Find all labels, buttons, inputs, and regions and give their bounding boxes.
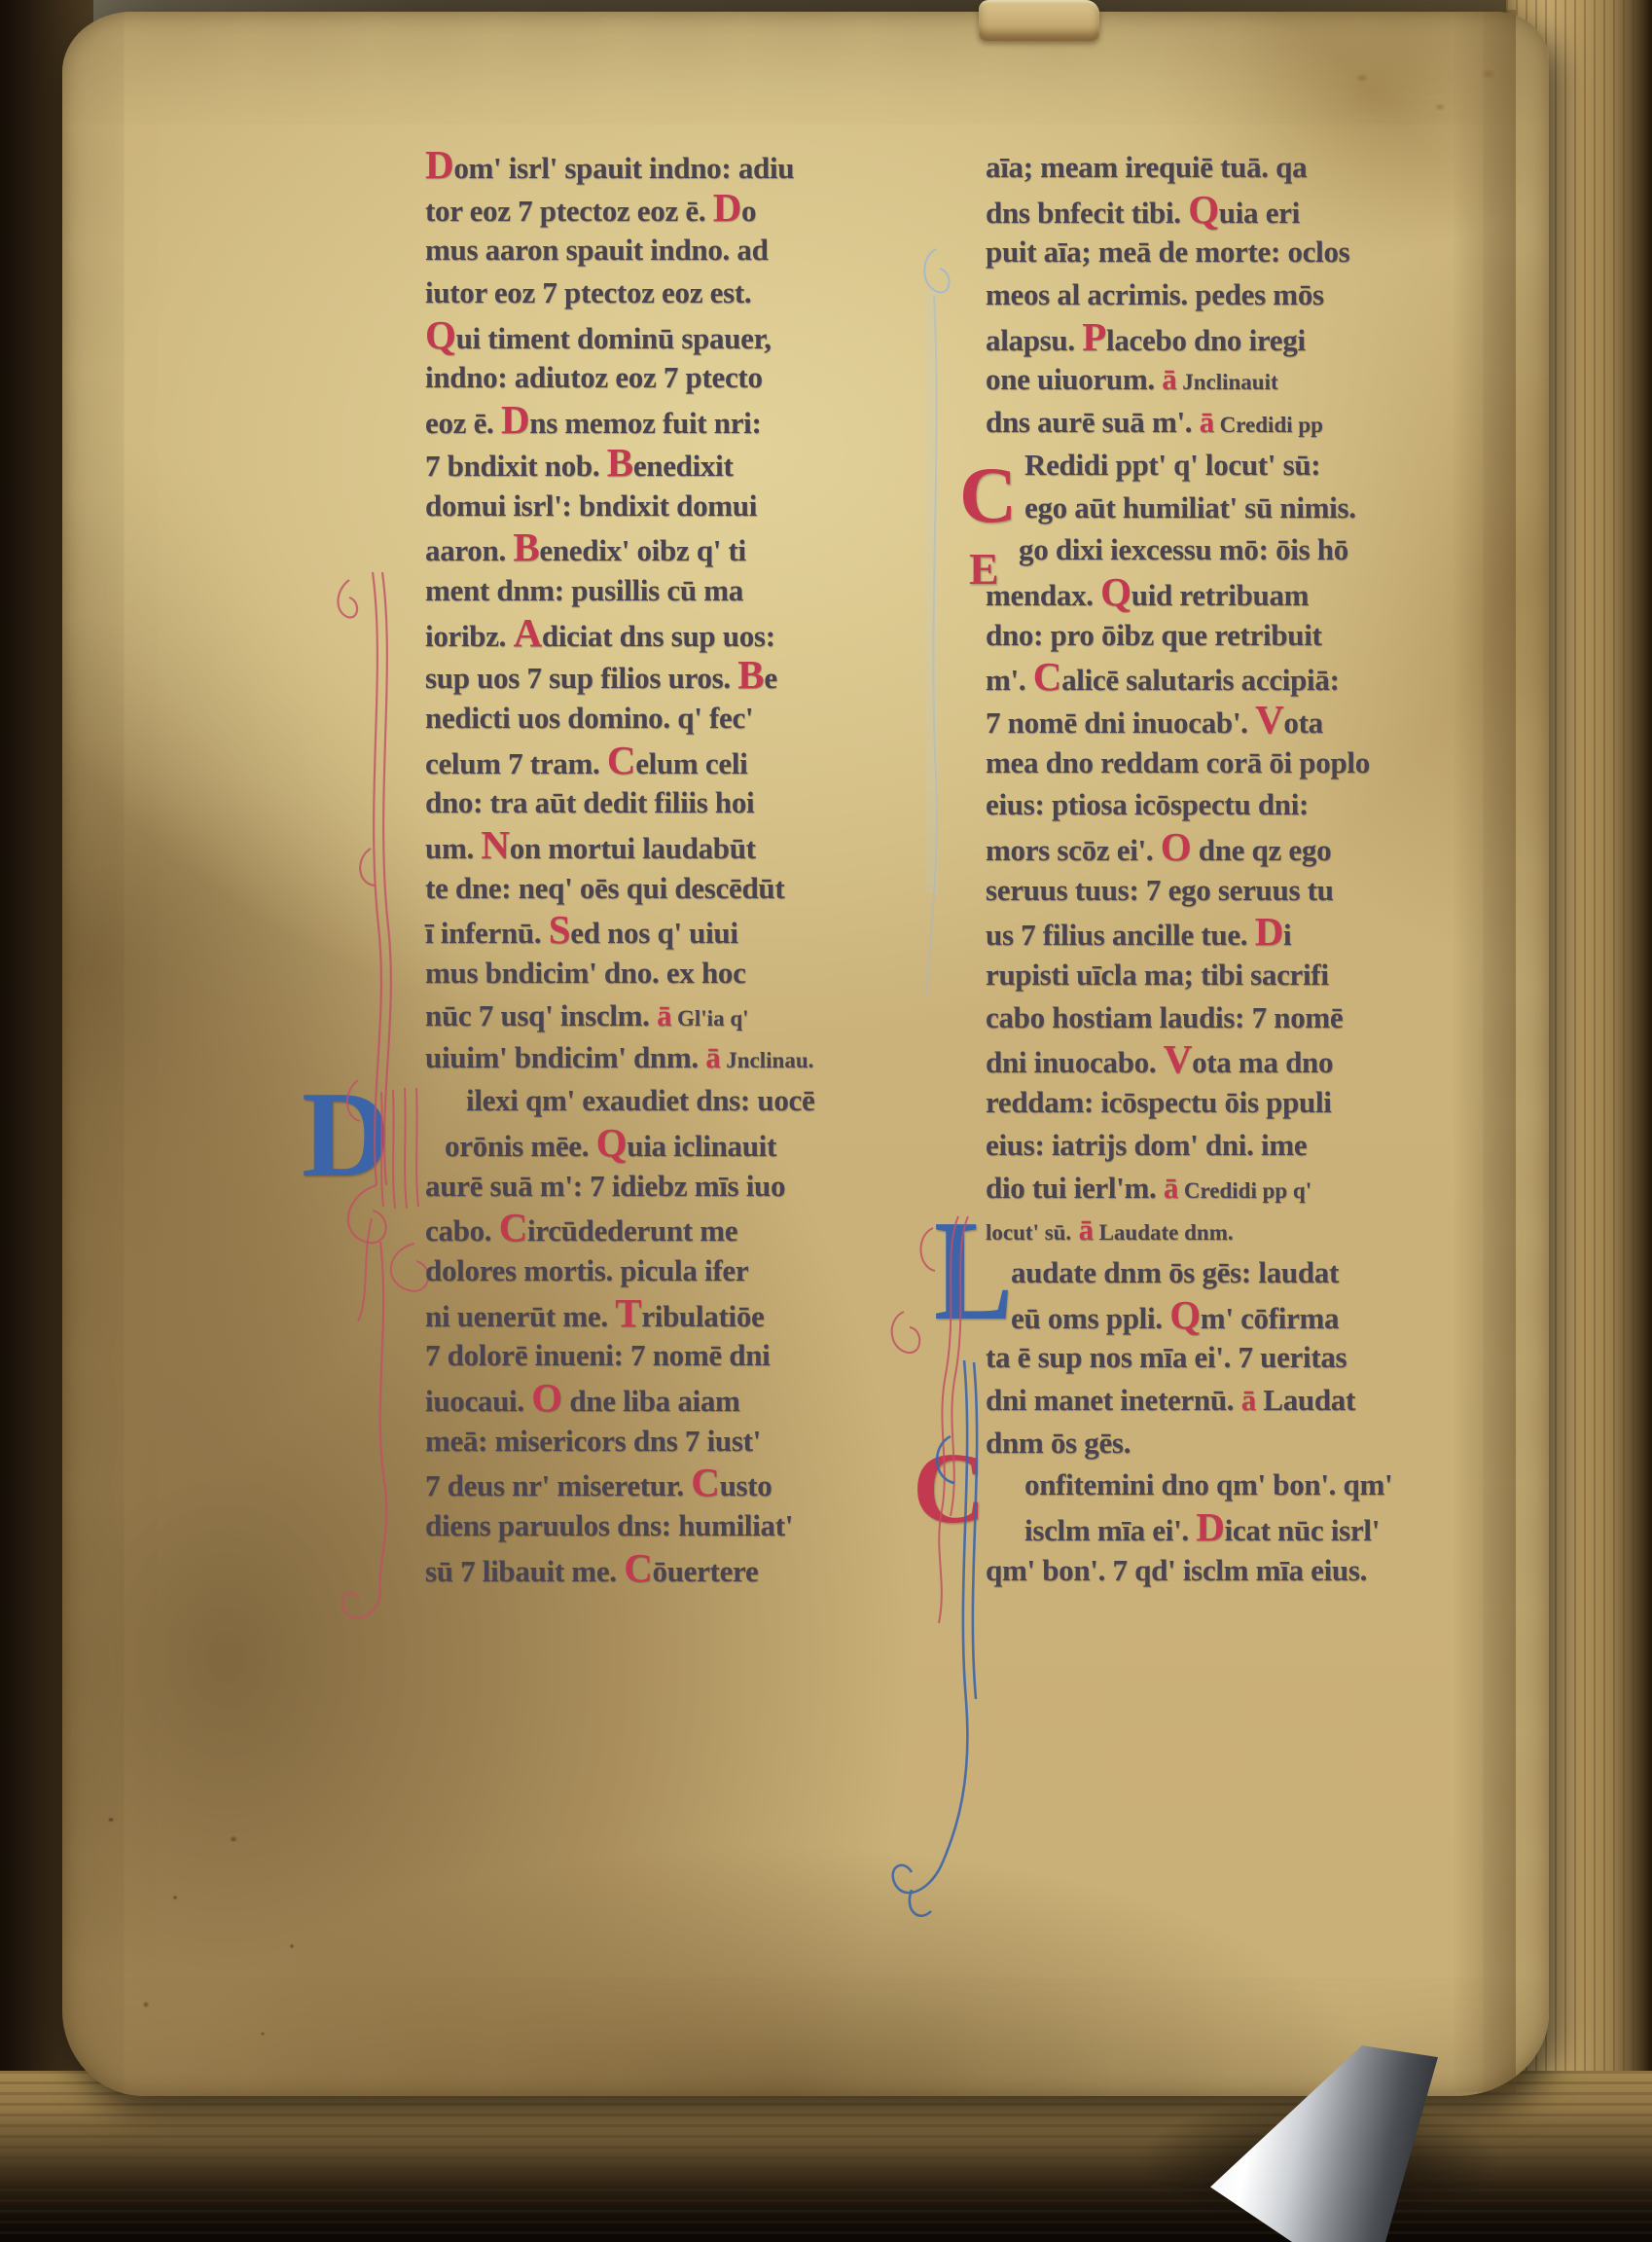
text-run: B <box>513 524 539 569</box>
text-line: uiuim' bndicim' dnm. ā Jnclinau. <box>425 1036 814 1079</box>
text-line: locut' sū. ā Laudate dnm. <box>986 1209 1392 1251</box>
text-run: ā <box>1164 1171 1178 1205</box>
text-run: 7 deus nr' miseretur. <box>425 1468 691 1502</box>
text-line: 7 deus nr' miseretur. Custo <box>425 1462 814 1504</box>
text-run: indno: adiutoz eoz 7 ptecto <box>425 360 763 394</box>
text-line: Dom' isrl' spauit indno: adiu <box>425 144 814 187</box>
text-run: um. <box>425 831 481 865</box>
text-run: ā <box>1071 1212 1094 1247</box>
text-line: iuocaui. O dne liba aiam <box>425 1377 814 1420</box>
text-run: mendax. <box>986 578 1100 612</box>
text-line: puit aīa; meā de morte: oclos <box>986 231 1392 273</box>
text-run: D <box>1196 1504 1224 1549</box>
text-run: aaron. <box>425 533 513 567</box>
parchment-stains <box>88 1781 399 2092</box>
text-line: domui isrl': bndixit domui <box>425 485 814 527</box>
text-run: Redidi ppt' q' locut' sū: <box>1024 448 1320 482</box>
text-run: go dixi iexcessu mō: ōis hō <box>1019 532 1348 566</box>
text-line: one uiuorum. ā Jnclinauit <box>986 358 1392 401</box>
text-line: aīa; meam irequiē tuā. qa <box>986 146 1392 189</box>
text-run: O <box>531 1375 562 1420</box>
text-run: ta ē sup nos mīa ei'. 7 ueritas <box>986 1340 1347 1374</box>
text-run: D <box>501 397 529 442</box>
text-run: orōnis mēe. <box>445 1129 596 1163</box>
text-line: ī infernū. Sed nos q' uiui <box>425 909 814 952</box>
text-run: S <box>549 907 571 952</box>
text-run: Gl'ia q' <box>671 1006 748 1031</box>
text-line: te dne: neq' oēs qui descēdūt <box>425 867 814 910</box>
text-run: icat nūc isrl' <box>1225 1513 1380 1547</box>
text-line: indno: adiutoz eoz 7 ptecto <box>425 356 814 399</box>
text-run: V <box>1255 697 1283 741</box>
text-run: aurē suā m': 7 idiebz mīs iuo <box>425 1169 785 1203</box>
text-run: dnm ōs gēs. <box>986 1426 1131 1460</box>
text-line: ment dnm: pusillis cū ma <box>425 569 814 612</box>
text-line: rupisti uīcla ma; tibi sacrifi <box>986 954 1392 996</box>
text-run: cabo. <box>425 1213 499 1248</box>
text-line: cabo. Circūdederunt me <box>425 1207 814 1249</box>
text-run: Credidi pp <box>1214 413 1323 437</box>
text-line: eius: iatrijs dom' dni. ime <box>986 1124 1392 1167</box>
text-run: m'. <box>986 663 1033 697</box>
text-run: Q <box>425 312 456 357</box>
page-gutter-shading <box>1452 10 1516 2092</box>
text-run: e <box>764 661 776 695</box>
text-run: puit aīa; meā de morte: oclos <box>986 235 1349 269</box>
text-run: 7 nomē dni inuocab'. <box>986 705 1255 740</box>
text-run: ed nos q' uiui <box>570 916 737 950</box>
text-line: tor eoz 7 ptectoz eoz ē. Do <box>425 187 814 230</box>
text-run: te dne: neq' oēs qui descēdūt <box>425 871 784 905</box>
text-run: cabo hostiam laudis: 7 nomē <box>986 1000 1343 1034</box>
text-run: ircūdederunt me <box>527 1213 737 1248</box>
text-line: dio tui ierl'm. ā Credidi pp q' <box>986 1167 1392 1210</box>
text-run: C <box>1033 654 1061 699</box>
text-run: onfitemini dno qm' bon'. qm' <box>1024 1467 1392 1501</box>
text-line: dno: tra aūt dedit filiis hoi <box>425 781 814 824</box>
text-run: eius: ptiosa icōspectu dni: <box>986 787 1309 821</box>
text-line: aaron. Benedix' oibz q' ti <box>425 526 814 569</box>
text-run: ego aūt humiliat' sū nimis. <box>1024 490 1356 524</box>
text-run: C <box>607 738 635 782</box>
text-run: aīa; meam irequiē tuā. qa <box>986 150 1307 184</box>
text-run: T <box>615 1290 641 1335</box>
text-line: mors scōz ei'. O dne qz ego <box>986 826 1392 869</box>
text-run: Laudat <box>1256 1383 1355 1417</box>
text-run: D <box>713 185 741 230</box>
text-run: nūc 7 usq' insclm. <box>425 998 657 1032</box>
text-run: iutor eoz 7 ptectoz eoz est. <box>425 275 751 309</box>
text-line: cabo hostiam laudis: 7 nomē <box>986 996 1392 1039</box>
text-run: uid retribuam <box>1131 578 1309 612</box>
text-line: mus aaron spauit indno. ad <box>425 229 814 271</box>
text-run: domui isrl': bndixit domui <box>425 488 757 523</box>
text-line: ilexi qm' exaudiet dns: uocē <box>425 1079 814 1122</box>
text-run: usto <box>720 1468 772 1502</box>
text-run: diciat dns sup uos: <box>542 619 775 653</box>
text-run: ota <box>1283 705 1322 740</box>
text-run: D <box>1255 909 1283 954</box>
parchment-stains <box>1323 49 1518 156</box>
text-run: elum celi <box>635 746 747 780</box>
text-run: C <box>691 1460 719 1504</box>
text-run: dns bnfecit tibi. <box>986 196 1188 230</box>
text-run: sū 7 libauit me. <box>425 1554 624 1588</box>
text-line: qm' bon'. 7 qd' isclm mīa eius. <box>986 1549 1392 1592</box>
text-line: seruus tuus: 7 ego seruus tu <box>986 869 1392 912</box>
text-line: meā: misericors dns 7 iust' <box>425 1420 814 1463</box>
text-run: ui timent dominū spauer, <box>456 321 772 355</box>
text-line: nedicti uos domino. q' fec' <box>425 697 814 740</box>
text-line: audate dnm ōs gēs: laudat <box>986 1251 1392 1294</box>
text-line: 7 bndixit nob. Benedixit <box>425 442 814 485</box>
text-line: nūc 7 usq' insclm. ā Gl'ia q' <box>425 994 814 1037</box>
text-run: iuocaui. <box>425 1384 531 1418</box>
text-run: ā <box>657 998 671 1032</box>
text-run: 7 dolorē inueni: 7 nomē dni <box>425 1338 770 1372</box>
text-line: eoz ē. Dns memoz fuit nri: <box>425 399 814 442</box>
text-line: m'. Calicē salutaris accipiā: <box>986 656 1392 699</box>
text-line: ego aūt humiliat' sū nimis. <box>986 487 1392 529</box>
text-run: reddam: icōspectu ōis ppuli <box>986 1085 1332 1119</box>
text-run: dno: tra aūt dedit filiis hoi <box>425 785 754 819</box>
text-line: aurē suā m': 7 idiebz mīs iuo <box>425 1165 814 1208</box>
text-line: orōnis mēe. Quia iclinauit <box>425 1122 814 1165</box>
text-run: alicē salutaris accipiā: <box>1061 663 1340 697</box>
text-run: ni uenerūt me. <box>425 1299 615 1333</box>
text-run: N <box>481 822 509 867</box>
text-run: enedixit <box>633 449 734 483</box>
text-line: eū oms ppli. Qm' cōfirma <box>986 1294 1392 1337</box>
text-line: us 7 filius ancille tue. Di <box>986 911 1392 954</box>
text-run: ā <box>1241 1383 1256 1417</box>
text-line: isclm mīa ei'. Dicat nūc isrl' <box>986 1506 1392 1549</box>
text-run: ribulatiōe <box>641 1299 764 1333</box>
text-line: Qui timent dominū spauer, <box>425 314 814 357</box>
left-text-column: Dom' isrl' spauit indno: adiutor eoz 7 p… <box>425 144 814 1589</box>
text-line: celum 7 tram. Celum celi <box>425 740 814 782</box>
text-run: ōuertere <box>653 1554 759 1588</box>
text-run: dni inuocabo. <box>986 1045 1164 1079</box>
text-run: enedix' oibz q' ti <box>539 533 745 567</box>
text-run: meos al acrimis. pedes mōs <box>986 277 1324 311</box>
text-line: diens paruulos dns: humiliat' <box>425 1504 814 1547</box>
text-line: onfitemini dno qm' bon'. qm' <box>986 1464 1392 1506</box>
text-run: 7 bndixit nob. <box>425 449 607 483</box>
text-run: A <box>514 610 542 655</box>
text-run: C <box>624 1545 652 1590</box>
text-run: Q <box>1100 569 1131 614</box>
text-run: eoz ē. <box>425 406 501 440</box>
text-run: dio tui ierl'm. <box>986 1171 1164 1205</box>
text-line: eius: ptiosa icōspectu dni: <box>986 783 1392 826</box>
text-run: on mortui laudabūt <box>510 831 756 865</box>
text-line: dni manet ineternū. ā Laudat <box>986 1379 1392 1422</box>
text-line: go dixi iexcessu mō: ōis hō <box>986 528 1392 571</box>
text-run: o <box>741 194 756 228</box>
text-run: uiuim' bndicim' dnm. <box>425 1040 705 1074</box>
right-text-column: aīa; meam irequiē tuā. qadns bnfecit tib… <box>986 146 1392 1591</box>
text-run: ilexi qm' exaudiet dns: uocē <box>466 1083 814 1117</box>
text-run: diens paruulos dns: humiliat' <box>425 1508 793 1542</box>
text-line: dnm ōs gēs. <box>986 1422 1392 1465</box>
text-run: alapsu. <box>986 323 1082 357</box>
text-run: rupisti uīcla ma; tibi sacrifi <box>986 958 1329 992</box>
text-line: ta ē sup nos mīa ei'. 7 ueritas <box>986 1336 1392 1379</box>
text-line: dns aurē suā m'. ā Credidi pp <box>986 401 1392 444</box>
text-run: qm' bon'. 7 qd' isclm mīa eius. <box>986 1553 1367 1587</box>
text-run: locut' sū. <box>986 1220 1071 1245</box>
text-run: celum 7 tram. <box>425 746 607 780</box>
text-line: dolores mortis. picula ifer <box>425 1249 814 1292</box>
text-run: ment dnm: pusillis cū ma <box>425 573 743 607</box>
text-line: um. Non mortui laudabūt <box>425 824 814 867</box>
text-run: one uiuorum. <box>986 362 1162 396</box>
text-run: m' cōfirma <box>1201 1301 1339 1335</box>
text-run: mus bndicim' dno. ex hoc <box>425 956 746 990</box>
text-run: D <box>425 142 453 187</box>
text-line: dni inuocabo. Vota ma dno <box>986 1038 1392 1081</box>
text-run: isclm mīa ei'. <box>1024 1513 1196 1547</box>
text-run: mus aaron spauit indno. ad <box>425 233 769 267</box>
text-run: dni manet ineternū. <box>986 1383 1241 1417</box>
text-run: Jnclinau. <box>721 1048 814 1072</box>
text-run: ns memoz fuit nri: <box>529 406 761 440</box>
text-run: Q <box>1169 1292 1201 1337</box>
text-run: mea dno reddam corā ōi poplo <box>986 745 1370 779</box>
text-run: i <box>1283 918 1291 952</box>
text-run: ota ma dno <box>1192 1045 1333 1079</box>
text-line: ioribz. Adiciat dns sup uos: <box>425 612 814 655</box>
text-line: alapsu. Placebo dno iregi <box>986 316 1392 359</box>
text-run: V <box>1164 1036 1192 1081</box>
blue-penwork-gutter-top <box>903 232 965 1010</box>
text-run: audate dnm ōs gēs: laudat <box>1011 1255 1339 1289</box>
text-run: uia eri <box>1219 196 1300 230</box>
text-run: ā <box>1162 362 1176 396</box>
text-line: 7 nomē dni inuocab'. Vota <box>986 699 1392 741</box>
text-line: mus bndicim' dno. ex hoc <box>425 952 814 994</box>
text-run: dolores mortis. picula ifer <box>425 1253 748 1287</box>
text-run: dne liba aiam <box>562 1384 740 1418</box>
text-run: Jnclinauit <box>1176 370 1277 394</box>
text-run: eius: iatrijs dom' dni. ime <box>986 1128 1307 1162</box>
text-line: Redidi ppt' q' locut' sū: <box>986 444 1392 487</box>
text-run: O <box>1161 824 1192 869</box>
text-run: dns aurē suā m'. <box>986 405 1200 439</box>
text-line: 7 dolorē inueni: 7 nomē dni <box>425 1334 814 1377</box>
text-run: lacebo dno iregi <box>1106 323 1306 357</box>
text-run: uia iclinauit <box>627 1129 776 1163</box>
text-run: eū oms ppli. <box>1011 1301 1169 1335</box>
text-run: mors scōz ei'. <box>986 833 1161 867</box>
text-run: sup uos 7 sup filios uros. <box>425 661 737 695</box>
text-line: ni uenerūt me. Tribulatiōe <box>425 1292 814 1335</box>
text-line: dno: pro ōibz que retribuit <box>986 614 1392 657</box>
manuscript-photo: D L C C E Dom' isrl' spauit indno: adiut… <box>0 0 1652 2242</box>
text-line: mendax. Quid retribuam <box>986 571 1392 614</box>
text-run: P <box>1082 314 1106 359</box>
text-run: dne qz ego <box>1191 833 1331 867</box>
text-run: Credidi pp q' <box>1178 1178 1311 1203</box>
text-run: Q <box>596 1120 628 1165</box>
text-line: dns bnfecit tibi. Quia eri <box>986 189 1392 232</box>
text-run: seruus tuus: 7 ego seruus tu <box>986 873 1334 907</box>
leather-index-tab <box>979 0 1099 41</box>
text-run: ā <box>705 1040 720 1074</box>
text-run: nedicti uos domino. q' fec' <box>425 701 753 735</box>
text-run: meā: misericors dns 7 iust' <box>425 1424 761 1458</box>
text-line: sū 7 libauit me. Cōuertere <box>425 1547 814 1590</box>
text-run: B <box>737 652 764 697</box>
text-run: tor eoz 7 ptectoz eoz ē. <box>425 194 713 228</box>
text-run: us 7 filius ancille tue. <box>986 918 1255 952</box>
text-run: ā <box>1200 405 1214 439</box>
text-line: sup uos 7 sup filios uros. Be <box>425 654 814 697</box>
text-run: Laudate dnm. <box>1094 1220 1234 1245</box>
text-run: B <box>607 440 633 485</box>
text-run: Q <box>1188 187 1219 232</box>
text-line: meos al acrimis. pedes mōs <box>986 273 1392 316</box>
text-run: ioribz. <box>425 619 514 653</box>
text-run: dno: pro ōibz que retribuit <box>986 618 1322 652</box>
text-run: C <box>499 1205 527 1249</box>
text-run: ī infernū. <box>425 916 549 950</box>
text-line: mea dno reddam corā ōi poplo <box>986 741 1392 784</box>
text-line: reddam: icōspectu ōis ppuli <box>986 1081 1392 1124</box>
text-run: om' isrl' spauit indno: adiu <box>453 151 794 185</box>
text-line: iutor eoz 7 ptectoz eoz est. <box>425 271 814 314</box>
